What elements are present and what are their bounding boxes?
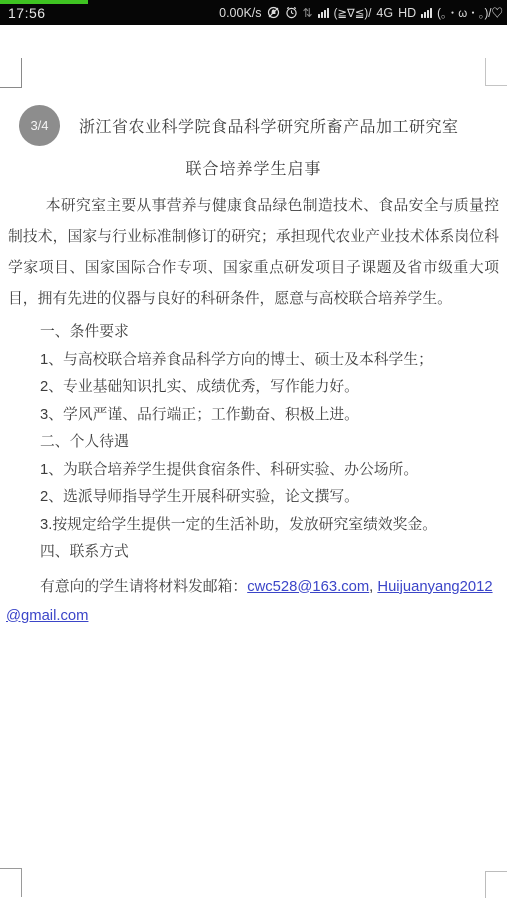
list-item: 1、为联合培养学生提供食宿条件、科研实验、办公场所。	[40, 457, 499, 485]
list-item: 2、选派导师指导学生开展科研实验，论文撰写。	[40, 484, 499, 512]
list-item: 1、与高校联合培养食品科学方向的博士、硕士及本科学生；	[40, 347, 499, 375]
requirements-and-benefits-list: 一、条件要求 1、与高校联合培养食品科学方向的博士、硕士及本科学生； 2、专业基…	[40, 319, 499, 567]
section-heading: 二、个人待遇	[40, 429, 499, 457]
data-arrows-icon: ⇅	[303, 6, 313, 20]
signal-bars-sim1-icon	[318, 7, 329, 18]
section-heading: 一、条件要求	[40, 319, 499, 347]
sim1-carrier-label: (≧∇≦)/	[334, 6, 372, 20]
notification-led-strip	[0, 0, 88, 4]
contact-paragraph: 有意向的学生请将材料发邮箱：cwc528@163.com, Huijuanyan…	[6, 573, 501, 631]
crop-corner-bottom-right	[485, 871, 507, 898]
doc-subtitle: 联合培养学生启事	[0, 156, 507, 179]
section-heading: 四、联系方式	[40, 539, 499, 567]
crop-corner-top-left	[0, 58, 22, 88]
page-counter-badge: 3/4	[19, 105, 60, 146]
hd-voice-badge: HD	[398, 6, 416, 20]
mute-bell-icon	[267, 6, 280, 19]
contact-prefix: 有意向的学生请将材料发邮箱：	[40, 579, 247, 595]
network-type-badge: 4G	[376, 6, 393, 20]
list-item: 3、学风严谨、品行端正；工作勤奋、积极上进。	[40, 402, 499, 430]
crop-corner-bottom-left	[0, 868, 22, 897]
status-bar: 17:56 0.00K/s ⇅ (≧	[0, 0, 507, 25]
list-item: 2、专业基础知识扎实、成绩优秀，写作能力好。	[40, 374, 499, 402]
network-speed: 0.00K/s	[219, 6, 261, 20]
intro-paragraph: 本研究室主要从事营养与健康食品绿色制造技术、食品安全与质量控制技术，国家与行业标…	[8, 191, 499, 315]
clock: 17:56	[8, 5, 46, 21]
list-item: 3.按规定给学生提供一定的生活补助，发放研究室绩效奖金。	[40, 512, 499, 540]
alarm-clock-icon	[285, 6, 298, 19]
email-link-163[interactable]: cwc528@163.com	[247, 579, 369, 595]
document-page: 3/4 浙江省农业科学院食品科学研究所畜产品加工研究室 联合培养学生启事 本研究…	[0, 25, 507, 900]
sim2-carrier-label: (。・ω・。)/♡	[437, 5, 503, 21]
doc-title: 浙江省农业科学院食品科学研究所畜产品加工研究室	[79, 117, 497, 139]
status-icons-cluster: 0.00K/s ⇅ (≧∇≦)/ 4G	[219, 0, 503, 25]
crop-corner-top-right	[485, 58, 507, 86]
signal-bars-sim2-icon	[421, 7, 432, 18]
phone-screen: 17:56 0.00K/s ⇅ (≧	[0, 0, 507, 900]
